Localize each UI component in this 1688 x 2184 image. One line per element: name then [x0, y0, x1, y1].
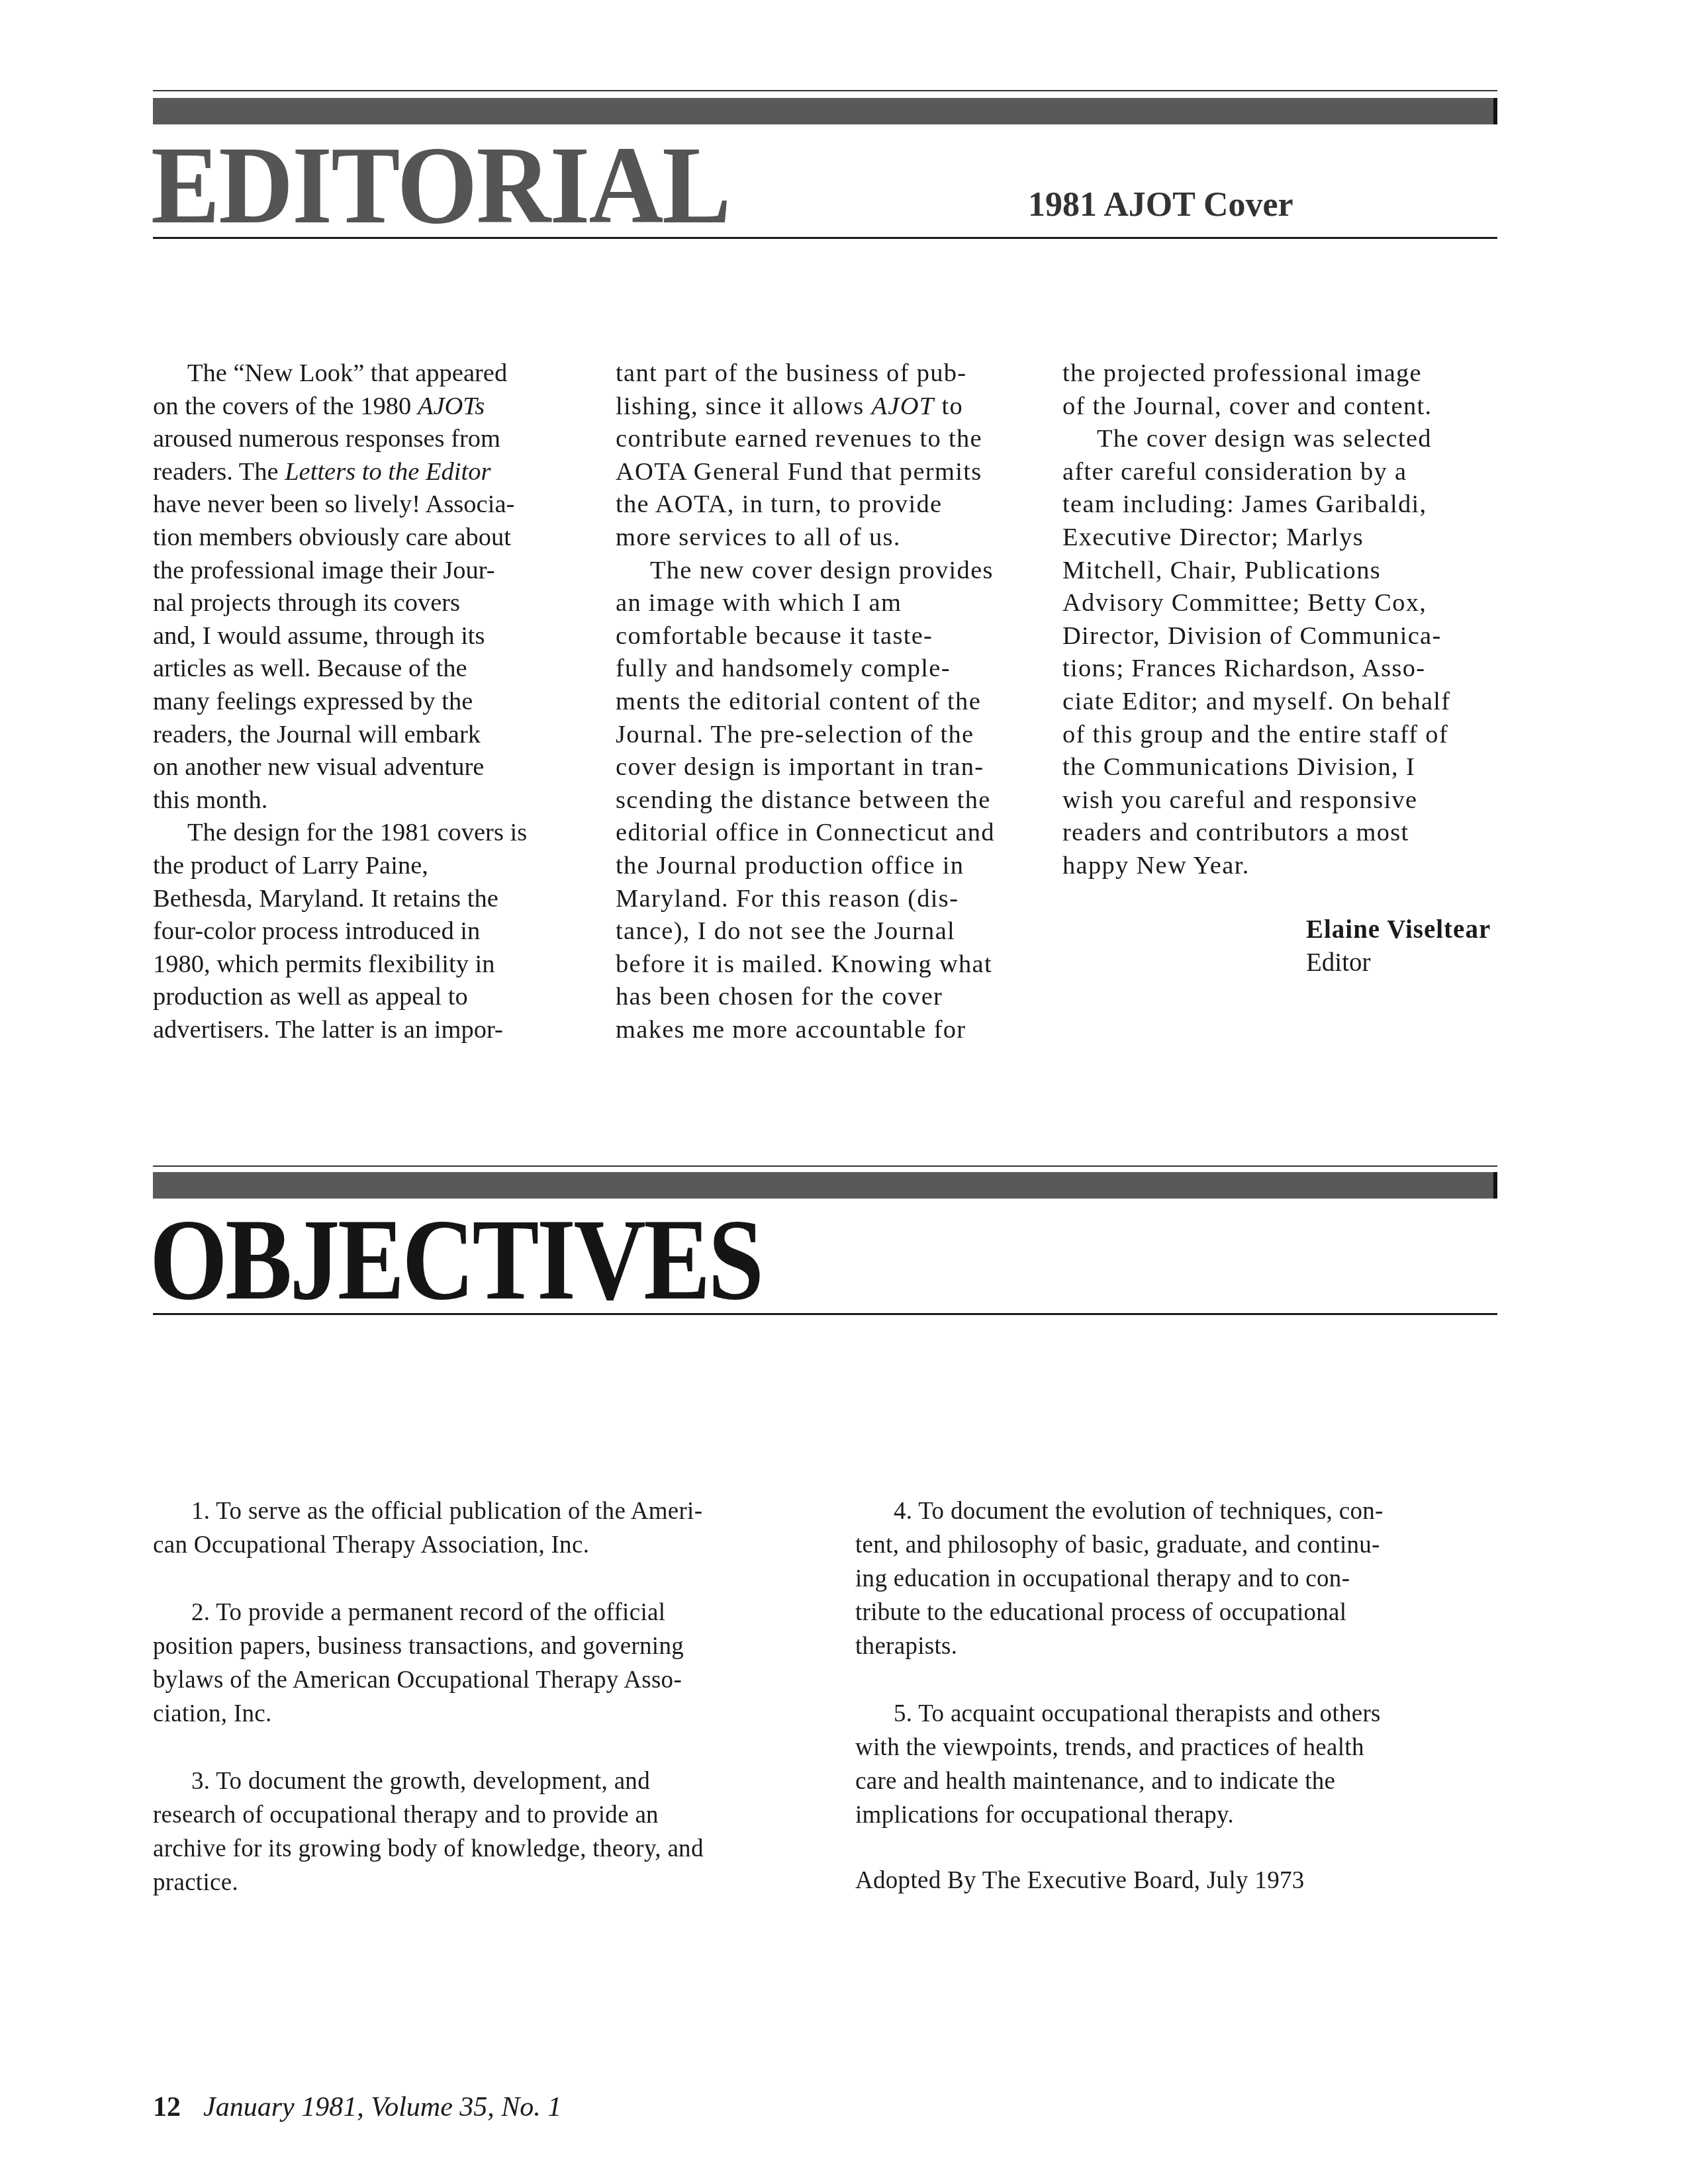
text-line: ments the editorial content of the: [616, 686, 1039, 719]
text-line: tance), I do not see the Journal: [616, 915, 1039, 948]
objective-line: therapists.: [855, 1629, 1504, 1663]
objective-line: tent, and philosophy of basic, graduate,…: [855, 1528, 1504, 1562]
objectives-bottom-rule: [153, 1313, 1497, 1315]
objective-line: tribute to the educational process of oc…: [855, 1596, 1504, 1629]
text-line: on the covers of the 1980 AJOTs: [153, 390, 590, 424]
text-line: team including: James Garibaldi,: [1062, 488, 1499, 522]
editorial-bottom-rule: [153, 237, 1497, 239]
objectives-right-column: 4. To document the evolution of techniqu…: [855, 1494, 1504, 1866]
objectives-top-rule: [153, 1165, 1497, 1167]
objectives-section-title: OBJECTIVES: [150, 1202, 762, 1318]
editorial-column-1: The “New Look” that appearedon the cover…: [153, 357, 590, 1046]
objective-item: 5. To acquaint occupational therapists a…: [855, 1697, 1504, 1832]
text-line: nal projects through its covers: [153, 587, 590, 620]
text-line: Journal. The pre-selection of the: [616, 719, 1039, 752]
text-line: lishing, since it allows AJOT to: [616, 390, 1039, 424]
text-line: Mitchell, Chair, Publications: [1062, 555, 1499, 588]
text-line: fully and handsomely comple-: [616, 653, 1039, 686]
text-line: the Communications Division, I: [1062, 751, 1499, 784]
text-line: ciate Editor; and myself. On behalf: [1062, 686, 1499, 719]
text-line: an image with which I am: [616, 587, 1039, 620]
text-line: The design for the 1981 covers is: [153, 817, 590, 850]
objective-line: ing education in occupational therapy an…: [855, 1562, 1504, 1596]
text-line: readers. The Letters to the Editor: [153, 456, 590, 489]
signature-title: Editor: [1306, 946, 1491, 979]
text-line: tion members obviously care about: [153, 522, 590, 555]
text-line: scending the distance between the: [616, 784, 1039, 817]
text-line: on another new visual adventure: [153, 751, 590, 784]
text-line: The new cover design provides: [616, 555, 1039, 588]
text-line: has been chosen for the cover: [616, 981, 1039, 1014]
text-line: aroused numerous responses from: [153, 423, 590, 456]
objective-line: 1. To serve as the official publication …: [153, 1494, 808, 1528]
text-line: AOTA General Fund that permits: [616, 456, 1039, 489]
text-line: makes me more accountable for: [616, 1014, 1039, 1047]
text-line: articles as well. Because of the: [153, 653, 590, 686]
text-line: happy New Year.: [1062, 850, 1499, 883]
text-line: the AOTA, in turn, to provide: [616, 488, 1039, 522]
objective-line: position papers, business transactions, …: [153, 1629, 808, 1663]
text-line: wish you careful and responsive: [1062, 784, 1499, 817]
objective-line: implications for occupational therapy.: [855, 1798, 1504, 1832]
text-line: the Journal production office in: [616, 850, 1039, 883]
text-line: Advisory Committee; Betty Cox,: [1062, 587, 1499, 620]
objective-line: can Occupational Therapy Association, In…: [153, 1528, 808, 1562]
text-line: the product of Larry Paine,: [153, 850, 590, 883]
text-line: The “New Look” that appeared: [153, 357, 590, 390]
objective-item: 2. To provide a permanent record of the …: [153, 1596, 808, 1731]
text-line: after careful consideration by a: [1062, 456, 1499, 489]
editorial-subtitle: 1981 AJOT Cover: [1028, 185, 1293, 224]
signature-name: Elaine Viseltear: [1306, 913, 1491, 946]
text-line: Bethesda, Maryland. It retains the: [153, 883, 590, 916]
text-line: cover design is important in tran-: [616, 751, 1039, 784]
page-number: 12: [153, 2092, 181, 2122]
text-line: tions; Frances Richardson, Asso-: [1062, 653, 1499, 686]
editorial-section-title: EDITORIAL: [151, 130, 730, 241]
text-line: many feelings expressed by the: [153, 686, 590, 719]
objective-item: 4. To document the evolution of techniqu…: [855, 1494, 1504, 1663]
text-line: Executive Director; Marlys: [1062, 522, 1499, 555]
text-line: advertisers. The latter is an impor-: [153, 1014, 590, 1047]
text-line: of the Journal, cover and content.: [1062, 390, 1499, 424]
objectives-adopted-note: Adopted By The Executive Board, July 197…: [855, 1866, 1305, 1895]
objective-item: 3. To document the growth, development, …: [153, 1764, 808, 1899]
text-line: this month.: [153, 784, 590, 817]
text-line: 1980, which permits flexibility in: [153, 948, 590, 981]
objectives-header-bar: [153, 1172, 1497, 1199]
text-line: tant part of the business of pub-: [616, 357, 1039, 390]
objective-item: 1. To serve as the official publication …: [153, 1494, 808, 1562]
objective-line: with the viewpoints, trends, and practic…: [855, 1731, 1504, 1764]
objective-line: 3. To document the growth, development, …: [153, 1764, 808, 1798]
objective-line: bylaws of the American Occupational Ther…: [153, 1663, 808, 1697]
text-line: more services to all of us.: [616, 522, 1039, 555]
objective-line: ciation, Inc.: [153, 1697, 808, 1731]
text-line: and, I would assume, through its: [153, 620, 590, 653]
text-line: of this group and the entire staff of: [1062, 719, 1499, 752]
issue-info: January 1981, Volume 35, No. 1: [203, 2092, 561, 2122]
text-line: four-color process introduced in: [153, 915, 590, 948]
editorial-header-bar: [153, 98, 1497, 124]
objectives-left-column: 1. To serve as the official publication …: [153, 1494, 808, 1933]
page-footer: 12January 1981, Volume 35, No. 1: [153, 2091, 561, 2123]
editorial-top-rule: [153, 90, 1497, 91]
text-line: The cover design was selected: [1062, 423, 1499, 456]
text-line: before it is mailed. Knowing what: [616, 948, 1039, 981]
objective-line: archive for its growing body of knowledg…: [153, 1832, 808, 1866]
objective-line: practice.: [153, 1866, 808, 1899]
text-line: have never been so lively! Associa-: [153, 488, 590, 522]
editorial-column-2: tant part of the business of pub-lishing…: [616, 357, 1039, 1046]
text-line: production as well as appeal to: [153, 981, 590, 1014]
text-line: the projected professional image: [1062, 357, 1499, 390]
objective-line: 4. To document the evolution of techniqu…: [855, 1494, 1504, 1528]
text-line: readers and contributors a most: [1062, 817, 1499, 850]
editorial-column-3: the projected professional imageof the J…: [1062, 357, 1499, 883]
objective-line: care and health maintenance, and to indi…: [855, 1764, 1504, 1798]
text-line: Maryland. For this reason (dis-: [616, 883, 1039, 916]
text-line: editorial office in Connecticut and: [616, 817, 1039, 850]
text-line: readers, the Journal will embark: [153, 719, 590, 752]
text-line: contribute earned revenues to the: [616, 423, 1039, 456]
objective-line: 5. To acquaint occupational therapists a…: [855, 1697, 1504, 1731]
objective-line: 2. To provide a permanent record of the …: [153, 1596, 808, 1629]
text-line: Director, Division of Communica-: [1062, 620, 1499, 653]
text-line: the professional image their Jour-: [153, 555, 590, 588]
text-line: comfortable because it taste-: [616, 620, 1039, 653]
objective-line: research of occupational therapy and to …: [153, 1798, 808, 1832]
editorial-signature: Elaine Viseltear Editor: [1306, 913, 1491, 979]
